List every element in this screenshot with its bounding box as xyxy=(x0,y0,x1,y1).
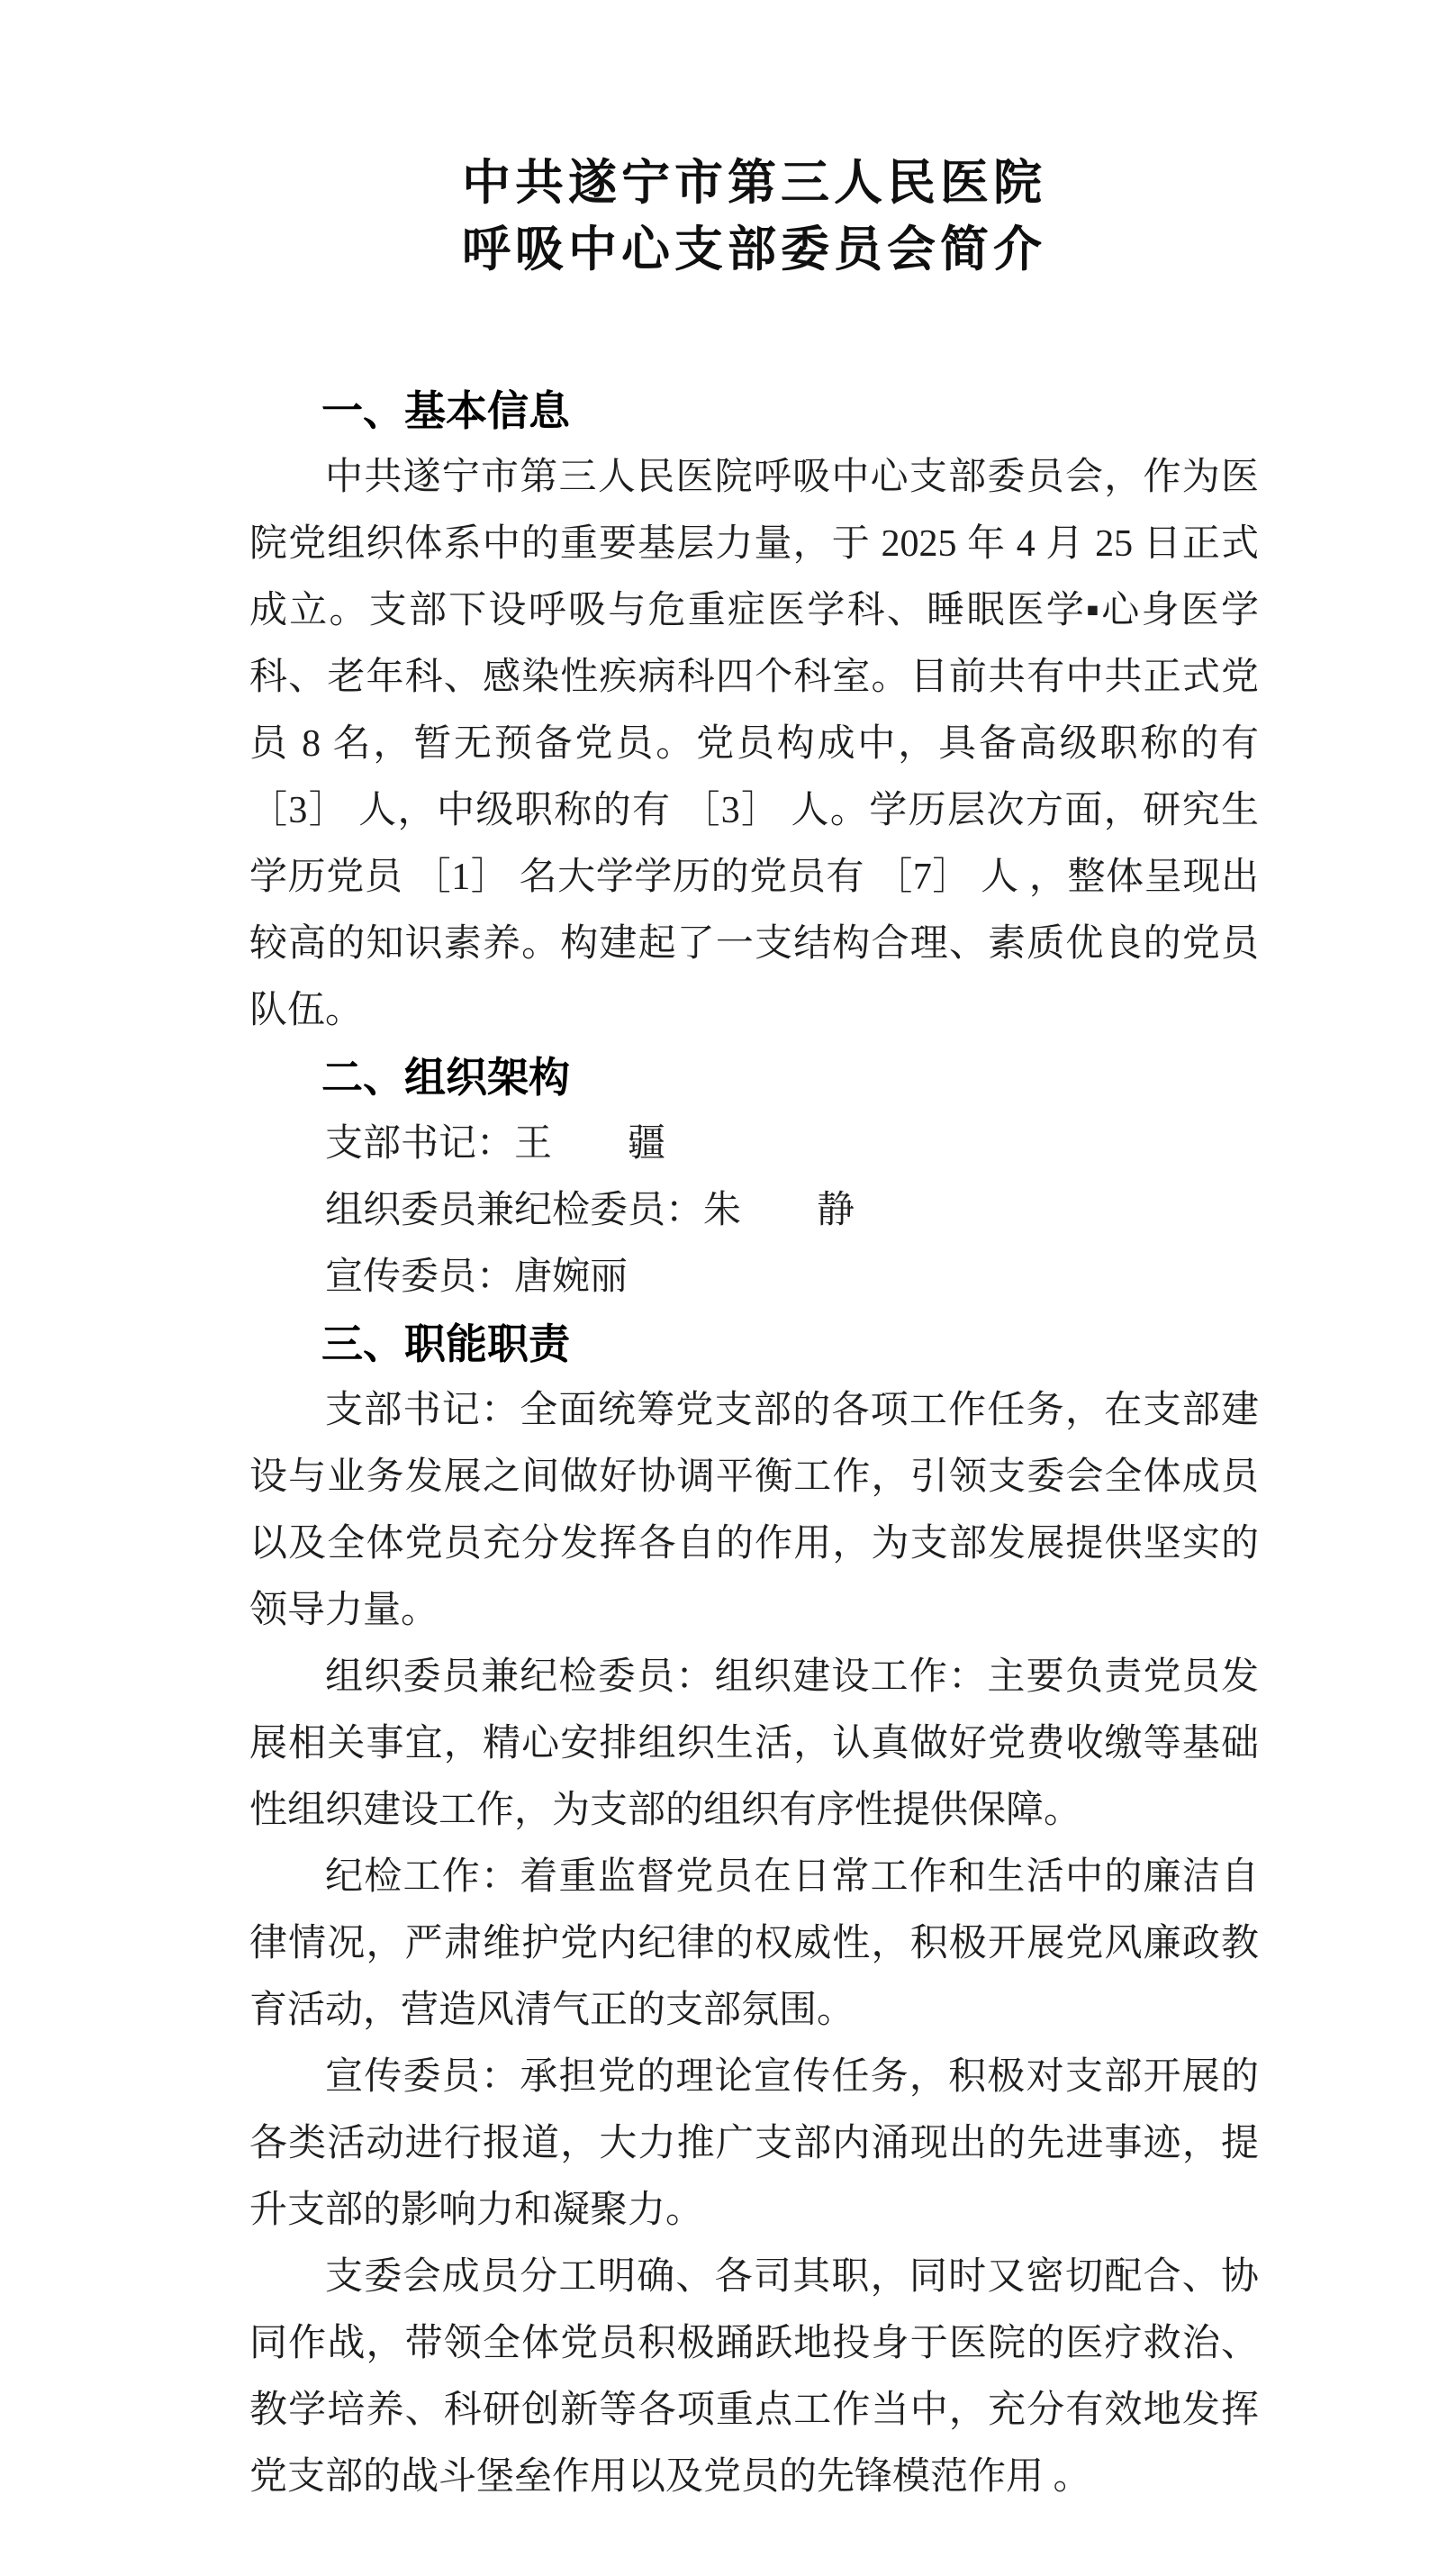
title-line-1: 中共遂宁市第三人民医院 xyxy=(249,150,1259,216)
section-heading-duties: 三、职能职责 xyxy=(249,1311,1259,1377)
document-body: 一、基本信息 中共遂宁市第三人民医院呼吸中心支部委员会，作为医院党组织体系中的重… xyxy=(249,377,1259,2510)
document-title: 中共遂宁市第三人民医院 呼吸中心支部委员会简介 xyxy=(249,150,1259,283)
role-line-branch-secretary: 支部书记：王 疆 xyxy=(249,1111,1259,1177)
paragraph-duty-publicity: 宣传委员：承担党的理论宣传任务，积极对支部开展的各类活动进行报道，大力推广支部内… xyxy=(249,2044,1259,2244)
role-line-org-discipline-member: 组织委员兼纪检委员：朱 静 xyxy=(249,1177,1259,1244)
paragraph-duty-discipline: 纪检工作：着重监督党员在日常工作和生活中的廉洁自律情况，严肃维护党内纪律的权威性… xyxy=(249,1844,1259,2044)
paragraph-basic-info: 中共遂宁市第三人民医院呼吸中心支部委员会，作为医院党组织体系中的重要基层力量，于… xyxy=(249,444,1259,1044)
role-line-publicity-member: 宣传委员：唐婉丽 xyxy=(249,1244,1259,1311)
document-page: 中共遂宁市第三人民医院 呼吸中心支部委员会简介 一、基本信息 中共遂宁市第三人民… xyxy=(0,0,1429,2576)
title-line-2: 呼吸中心支部委员会简介 xyxy=(249,216,1259,283)
paragraph-committee-summary: 支委会成员分工明确、各司其职，同时又密切配合、协同作战，带领全体党员积极踊跃地投… xyxy=(249,2244,1259,2510)
section-heading-basic-info: 一、基本信息 xyxy=(249,377,1259,444)
paragraph-duty-secretary: 支部书记：全面统筹党支部的各项工作任务，在支部建设与业务发展之间做好协调平衡工作… xyxy=(249,1377,1259,1644)
section-heading-org-structure: 二、组织架构 xyxy=(249,1044,1259,1111)
paragraph-duty-org-member: 组织委员兼纪检委员：组织建设工作：主要负责党员发展相关事宜，精心安排组织生活，认… xyxy=(249,1644,1259,1844)
